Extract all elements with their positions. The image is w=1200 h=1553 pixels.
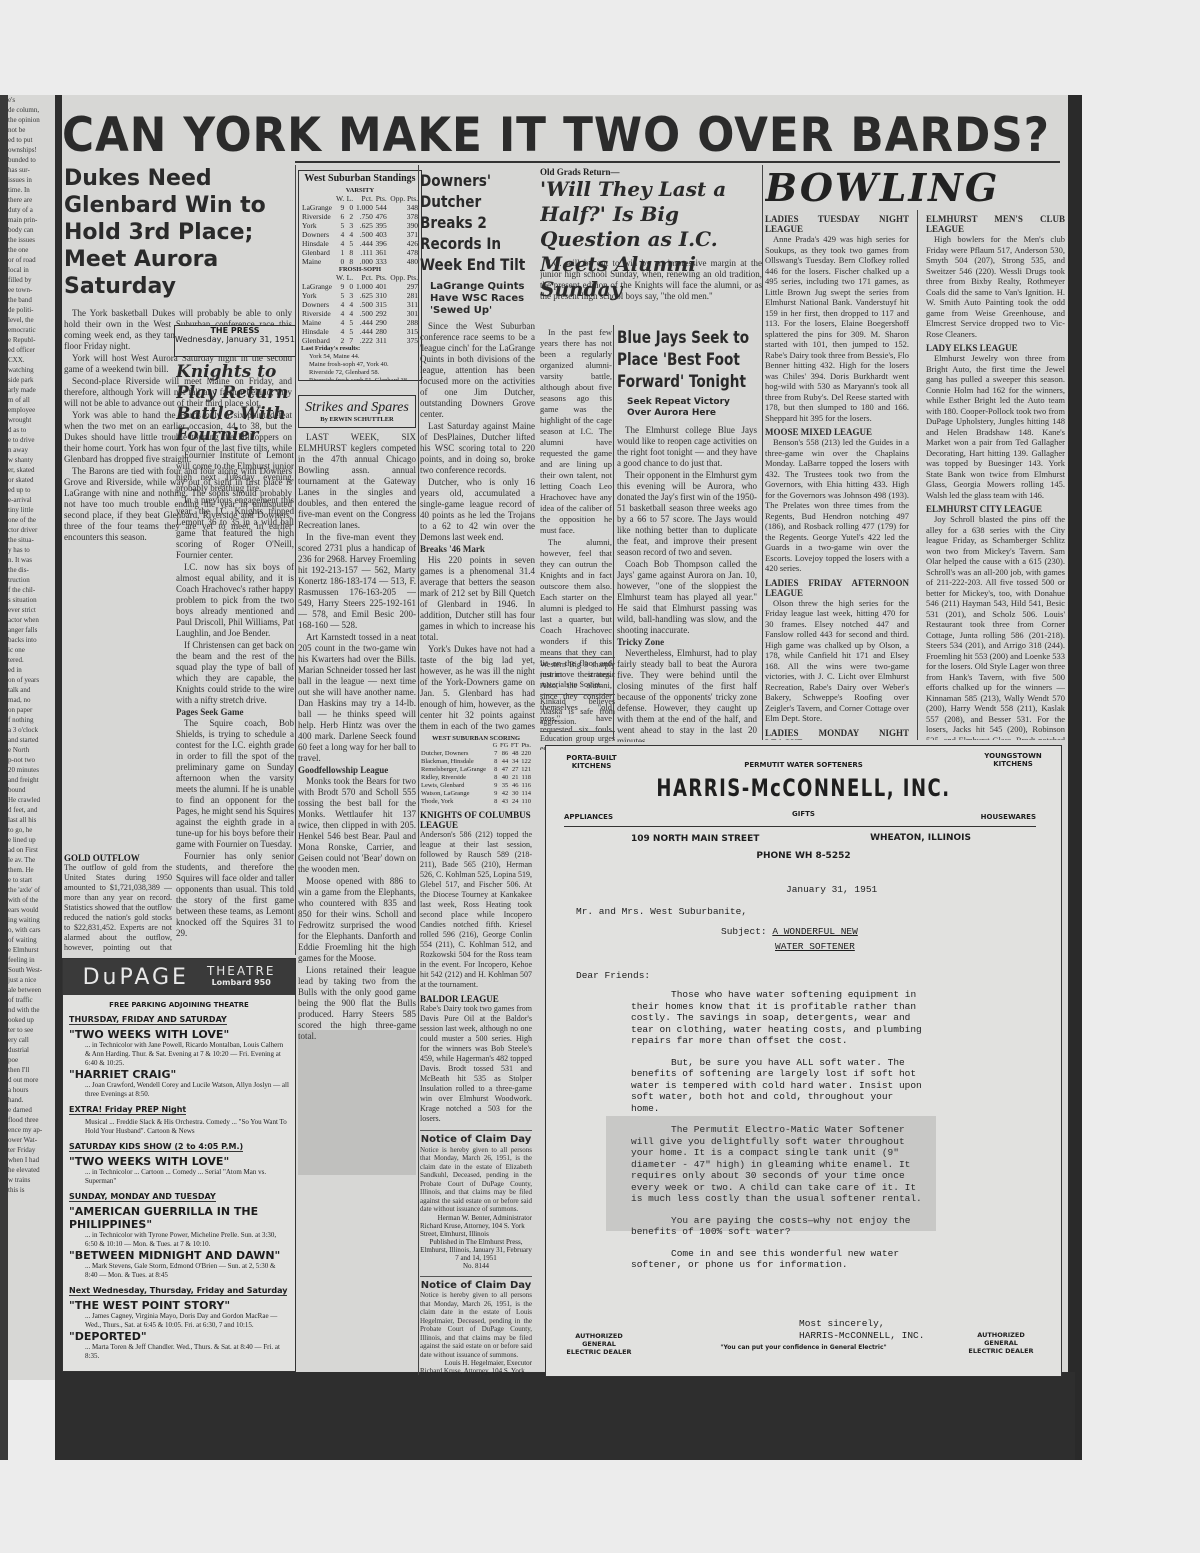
clipped-fragment: this is: [8, 1185, 55, 1195]
player-name: Dutcher, Downers: [420, 750, 491, 758]
stat-cell: 220: [519, 750, 532, 758]
header-cell: Pts.: [374, 194, 388, 203]
header-cell: Pts.: [374, 273, 388, 282]
stat-cell: 333: [374, 257, 388, 266]
clipped-fragment: m of all: [8, 395, 55, 405]
clipped-left-column: e'sde column,the opinionnot beed to puto…: [8, 95, 55, 1380]
team-name: Riverside: [301, 309, 335, 318]
clipped-fragment: ctor driver: [8, 525, 55, 535]
header-cell: [301, 273, 335, 282]
stat-cell: 9: [335, 282, 346, 291]
clipped-fragment: issues in: [8, 175, 55, 185]
results-list: Last Friday's results:York 54, Maine 44.…: [301, 345, 419, 381]
stat-cell: 86: [498, 750, 509, 758]
scoring-row: Lewis, Glenbard93546116: [420, 782, 532, 790]
clipped-fragment: e-arrival: [8, 495, 55, 505]
clipped-fragment: ears would: [8, 905, 55, 915]
stat-cell: .625: [354, 221, 374, 230]
header-cell: Pts.: [519, 742, 532, 750]
letter-paragraph: Those who have water softening equipment…: [631, 989, 926, 1047]
clipped-fragment: ee town-: [8, 285, 55, 295]
clipped-fragment: body can: [8, 225, 55, 235]
stat-cell: 480: [388, 257, 419, 266]
print-smudge: [606, 1116, 936, 1231]
dutcher-paragraph: Dutcher, who is only 16 years old, accum…: [420, 477, 535, 543]
stat-cell: 315: [388, 327, 419, 336]
standings-row: York53.625395390: [301, 221, 419, 230]
stat-cell: 361: [374, 248, 388, 257]
ic-paragraph: In the past few years there has not been…: [540, 327, 612, 536]
dutcher-headline: Downers' Dutcher Breaks 2 Records In Wee…: [420, 170, 535, 275]
clipped-fragment: ed officer: [8, 345, 55, 355]
clipped-fragment: or of road: [8, 255, 55, 265]
stat-cell: 5: [345, 318, 354, 327]
clipped-fragment: n. It was: [8, 555, 55, 565]
stat-cell: 9: [491, 790, 498, 798]
clipped-fragment: CXX.: [8, 355, 55, 365]
ic-kicker: Old Grads Return—: [540, 167, 762, 177]
player-name: Ridley, Riverside: [420, 774, 491, 782]
stat-cell: .500: [354, 300, 374, 309]
stat-cell: 47: [498, 766, 509, 774]
clipped-fragment: watching: [8, 365, 55, 375]
page-gutter: [55, 95, 62, 1395]
schedule-day-heading: EXTRA! Friday PREP Night: [69, 1105, 186, 1115]
clipped-fragment: e darned: [8, 1105, 55, 1115]
clipped-fragment: e Elmhurst: [8, 945, 55, 955]
knights-paragraph: I.C. now has six boys of almost equal ab…: [176, 562, 294, 639]
clipped-fragment: local in: [8, 265, 55, 275]
standings-title: West Suburban Standings: [301, 173, 419, 185]
team-name: Maine: [301, 318, 335, 327]
knights-body: Fournier Institute of Lemont will come t…: [176, 450, 294, 939]
schedule-day-heading: THURSDAY, FRIDAY AND SATURDAY: [69, 1015, 227, 1025]
standings-row: Hinsdale45.444280315: [301, 327, 419, 336]
clipped-fragment: South West-: [8, 965, 55, 975]
scoring-row: Blackman, Hinsdale84434122: [420, 758, 532, 766]
stat-cell: 30: [509, 790, 519, 798]
standings-row: Riverside62.750476378: [301, 212, 419, 221]
stat-cell: 311: [388, 300, 419, 309]
notice-number: No. 8144: [420, 1262, 532, 1270]
clipped-fragment: bound: [8, 785, 55, 795]
ic-story-lede: I.C. will be out to win by an impressive…: [540, 258, 762, 328]
team-name: Downers: [301, 300, 335, 309]
player-name: Lewis, Glenbard: [420, 782, 491, 790]
column-rule: [418, 165, 419, 1375]
film-title: "BETWEEN MIDNIGHT AND DAWN": [69, 1249, 289, 1262]
bowling-league-heading: ELMHURST MEN'S CLUB LEAGUE: [926, 214, 1065, 234]
stat-cell: 44: [498, 758, 509, 766]
standings-row: Glenbard18.111361478: [301, 248, 419, 257]
clipped-fragment: e North: [8, 745, 55, 755]
clipped-fragment: and started: [8, 735, 55, 745]
scan-edge-left: [0, 95, 8, 1460]
clipped-fragment: duty of a: [8, 205, 55, 215]
player-name: Blackman, Hinsdale: [420, 758, 491, 766]
baldor-league-heading: BALDOR LEAGUE: [420, 994, 532, 1004]
clipped-fragment: when I had: [8, 1155, 55, 1165]
stat-cell: 0: [345, 282, 354, 291]
ad-housewares: HOUSEWARES: [981, 813, 1036, 821]
clipped-fragment: ence my ap-: [8, 1125, 55, 1135]
clipped-fragment: ic one: [8, 645, 55, 655]
blue-jays-deck: Seek Repeat Victory Over Aurora Here: [627, 397, 757, 419]
standings-row: Glenbard27.222311375: [301, 336, 419, 345]
stat-cell: 8: [491, 798, 498, 806]
dutcher-paragraph: Since the West Suburban conference race …: [420, 321, 535, 420]
theatre-schedule: THURSDAY, FRIDAY AND SATURDAY"TWO WEEKS …: [63, 1009, 295, 1361]
clipped-fragment: le av. The: [8, 855, 55, 865]
bowling-league-text: Joy Schroll blasted the pins off the all…: [926, 514, 1065, 740]
notice-title: Notice of Claim Day: [420, 1134, 532, 1146]
bowling-league-heading: LADIES FRIDAY AFTERNOON LEAGUE: [765, 578, 909, 598]
stat-cell: 5: [345, 239, 354, 248]
strikes-paragraph: LAST WEEK, SIX ELMHURST keglers competed…: [298, 432, 416, 531]
clipped-fragment: ale between: [8, 985, 55, 995]
harris-mcconnell-ad: PORTA-BUILT KITCHENS PERMUTIT WATER SOFT…: [545, 745, 1062, 1377]
scoring-row: Watson, LaGrange94230114: [420, 790, 532, 798]
result-item: Riverside frosh-soph 51, Glenbard 38.: [301, 377, 419, 381]
clipped-fragment: ter to see: [8, 1025, 55, 1035]
clipped-fragment: ed up to: [8, 485, 55, 495]
stat-cell: .500: [354, 309, 374, 318]
result-item: Maine frosh-soph 47, York 40.: [301, 361, 419, 369]
clipped-fragment: ownships!: [8, 145, 55, 155]
dutcher-paragraph: Last Saturday against Maine of DesPlaine…: [420, 421, 535, 476]
stat-cell: 35: [498, 782, 509, 790]
header-cell: FT: [509, 742, 519, 750]
scoring-row: Ridley, Riverside84021118: [420, 774, 532, 782]
letter-subject-label: Subject:: [721, 926, 767, 937]
stat-cell: 8: [345, 248, 354, 257]
stat-cell: 5: [335, 291, 346, 300]
bowling-column-a: LADIES TUESDAY NIGHT LEAGUEAnne Prada's …: [765, 210, 909, 740]
clipped-fragment: d as to: [8, 425, 55, 435]
clipped-fragment: on paper: [8, 705, 55, 715]
clipped-fragment: n away: [8, 445, 55, 455]
clipped-fragment: the one: [8, 245, 55, 255]
stat-cell: 3: [345, 291, 354, 300]
team-name: York: [301, 221, 335, 230]
scoring-row: Dutcher, Downers78648220: [420, 750, 532, 758]
stat-cell: 43: [498, 798, 509, 806]
clipped-fragment: just a nice: [8, 975, 55, 985]
clipped-fragment: the issues: [8, 235, 55, 245]
clipped-fragment: ower Wat-: [8, 1135, 55, 1145]
strikes-spares-body: LAST WEEK, SIX ELMHURST keglers competed…: [298, 432, 416, 1042]
clipped-fragment: anger falls: [8, 625, 55, 635]
clipped-fragment: a hours: [8, 1085, 55, 1095]
stat-cell: 396: [374, 239, 388, 248]
letter-paragraph: But, be sure you have ALL soft water. Th…: [631, 1057, 926, 1115]
stat-cell: 7: [491, 750, 498, 758]
bowling-column: BOWLING LADIES TUESDAY NIGHT LEAGUEAnne …: [765, 165, 1065, 740]
knights-paragraph: If Christensen can get back on the beam …: [176, 640, 294, 706]
clipped-fragment: d feet, and: [8, 805, 55, 815]
stat-cell: 0: [345, 203, 354, 212]
stat-cell: 110: [519, 798, 532, 806]
clipped-fragment: to go, he: [8, 825, 55, 835]
stat-cell: 8: [491, 766, 498, 774]
clipped-fragment: er, skated: [8, 465, 55, 475]
team-name: LaGrange: [301, 203, 335, 212]
blue-jays-body: The Elmhurst college Blue Jays would lik…: [617, 425, 757, 742]
strikes-paragraph: Monks took the Bears for two with Brodt …: [298, 776, 416, 875]
clipped-fragment: w shanty: [8, 455, 55, 465]
ad-city: WHEATON, ILLINOIS: [870, 833, 971, 843]
clipped-fragment: level, the: [8, 315, 55, 325]
clipped-fragment: bunded to: [8, 155, 55, 165]
header-cell: L.: [345, 194, 354, 203]
stat-cell: 401: [374, 282, 388, 291]
stat-cell: 4: [345, 230, 354, 239]
strikes-spares-title: Strikes and Spares: [301, 400, 413, 416]
letter-subject: Subject: A WONDERFUL NEW: [721, 926, 858, 937]
bowling-league-heading: LADIES TUESDAY NIGHT LEAGUE: [765, 214, 909, 234]
clipped-fragment: the opinion: [8, 115, 55, 125]
letter-paragraph: Come in and see this wonderful new water…: [631, 1248, 926, 1271]
gold-outflow-text: The outflow of gold from the United Stat…: [64, 863, 172, 953]
stat-cell: .750: [354, 212, 374, 221]
kofc-league-heading: KNIGHTS OF COLUMBUS LEAGUE: [420, 810, 532, 830]
knights-story: Knights to Play Return Battle With Fourn…: [176, 362, 294, 957]
ic-paragraph: I.C. will be out to win by an impressive…: [540, 258, 762, 302]
bowling-column-b: ELMHURST MEN'S CLUB LEAGUEHigh bowlers f…: [926, 210, 1065, 740]
bowling-league-heading: LADY ELKS LEAGUE: [926, 343, 1065, 353]
stat-cell: 48: [509, 750, 519, 758]
clipped-fragment: hand.: [8, 1095, 55, 1105]
scoring-row: Remelsberger, LaGrange84727121: [420, 766, 532, 774]
ad-youngstown: YOUNGSTOWN KITCHENS: [983, 752, 1043, 768]
film-title: "AMERICAN GUERRILLA IN THE PHILIPPINES": [69, 1205, 289, 1231]
clipped-fragment: has sur-: [8, 165, 55, 175]
stat-cell: 118: [519, 774, 532, 782]
stat-cell: 114: [519, 790, 532, 798]
ad-address: 109 NORTH MAIN STREET: [631, 834, 759, 844]
team-name: Maine: [301, 257, 335, 266]
stat-cell: 315: [374, 300, 388, 309]
film-detail: Musical ... Freddie Slack & His Orchestr…: [69, 1118, 289, 1136]
strikes-subhead: Goodfellowship League: [298, 765, 416, 776]
clipped-fragment: actor when: [8, 615, 55, 625]
standings-row: LaGrange901.000401297: [301, 282, 419, 291]
theatre-header: DuPAGE THEATRE Lombard 950: [63, 959, 295, 995]
dutcher-paragraph: His 220 points in seven games is a pheno…: [420, 555, 535, 643]
team-name: York: [301, 291, 335, 300]
stat-cell: 0: [335, 257, 346, 266]
stat-cell: 292: [374, 309, 388, 318]
stat-cell: 478: [388, 248, 419, 257]
blue-jays-paragraph: Coach Bob Thompson called the Jays' game…: [617, 559, 757, 636]
stat-cell: 5: [345, 327, 354, 336]
news-briefs: Western Big 3 sharply restrict strategic…: [540, 655, 615, 750]
dutcher-subhead: Breaks '46 Mark: [420, 544, 535, 555]
stat-cell: 121: [519, 766, 532, 774]
clipped-fragment: p-not two: [8, 755, 55, 765]
clipped-fragment: nd with the: [8, 1005, 55, 1015]
legal-notice: Notice of Claim DayNotice is hereby give…: [420, 1276, 532, 1376]
film-detail: ... Marta Toren & Jeff Chandler. Wed., T…: [69, 1343, 289, 1361]
theatre-phone: Lombard 950: [207, 977, 275, 989]
stat-cell: .000: [354, 257, 374, 266]
clipped-fragment: He crawled: [8, 795, 55, 805]
scoring-and-leagues-column: WEST SUBURBAN SCORING GFGFTPts.Dutcher, …: [420, 735, 532, 1375]
letter-closing: Most sincerely,: [799, 1318, 924, 1330]
strikes-paragraph: In the five-man event they scored 2731 p…: [298, 532, 416, 631]
stat-cell: 390: [388, 221, 419, 230]
stat-cell: 301: [388, 309, 419, 318]
stat-cell: 281: [388, 291, 419, 300]
stat-cell: 46: [509, 782, 519, 790]
clipped-fragment: them. He: [8, 865, 55, 875]
stat-cell: 4: [335, 318, 346, 327]
letter-subject-line2: WATER SOFTENER: [775, 941, 855, 952]
header-cell: Opp. Pts.: [388, 194, 419, 203]
clipped-fragment: wrought: [8, 415, 55, 425]
scan-bottom-shadow: [55, 1372, 1075, 1460]
standings-row: Riverside44.500292301: [301, 309, 419, 318]
notice-attorney: Richard Kruse, Attorney, 104 S. York Str…: [420, 1222, 532, 1238]
newspaper-page-scan: e'sde column,the opinionnot beed to puto…: [0, 0, 1200, 1553]
print-smudge: [298, 1030, 416, 1175]
film-detail: ... Mark Stevens, Gale Storm, Edmond O'B…: [69, 1262, 289, 1280]
clipped-fragment: backs into: [8, 635, 55, 645]
stat-cell: 476: [374, 212, 388, 221]
stat-cell: 1.000: [354, 203, 374, 212]
stat-cell: 6: [335, 212, 346, 221]
standings-row: Downers44.500315311: [301, 300, 419, 309]
clipped-fragment: 20 minutes: [8, 765, 55, 775]
player-name: Remelsberger, LaGrange: [420, 766, 491, 774]
gold-outflow-brief: GOLD OUTFLOW The outflow of gold from th…: [64, 853, 172, 953]
dutcher-deck: LaGrange Quints Have WSC Races 'Sewed Up…: [430, 281, 535, 317]
frosh-label: FROSH-SOPH: [301, 266, 419, 273]
schedule-day-heading: Next Wednesday, Thursday, Friday and Sat…: [69, 1286, 287, 1296]
clipped-fragment: truction: [8, 575, 55, 585]
blue-jays-paragraph: The Elmhurst college Blue Jays would lik…: [617, 425, 757, 469]
clipped-fragment: main prin-: [8, 215, 55, 225]
ic-lede-text: I.C. will be out to win by an impressive…: [540, 258, 762, 302]
stat-cell: 371: [388, 230, 419, 239]
stat-cell: 34: [509, 758, 519, 766]
player-name: Watson, LaGrange: [420, 790, 491, 798]
stat-cell: 21: [509, 774, 519, 782]
stat-cell: 1.000: [354, 282, 374, 291]
clipped-fragment: d out more: [8, 1075, 55, 1085]
header-cell: W.: [335, 194, 346, 203]
clipped-fragment: a 3 o'clock: [8, 725, 55, 735]
theatre-label: THEATRE: [207, 965, 275, 977]
film-title: "HARRIET CRAIG": [69, 1068, 289, 1081]
clipped-fragment: f the chil-: [8, 585, 55, 595]
stat-cell: 4: [345, 300, 354, 309]
team-name: LaGrange: [301, 282, 335, 291]
letter-signature: HARRIS-McCONNELL, INC.: [799, 1330, 924, 1342]
notice-signer: Louis H. Hegelmaier, Executor: [420, 1359, 532, 1367]
column-rule: [762, 165, 763, 740]
stat-cell: 8: [491, 758, 498, 766]
header-cell: Pct.: [354, 273, 374, 282]
team-name: Glenbard: [301, 248, 335, 257]
ad-ge-dealer-right: AUTHORIZED GENERAL ELECTRIC DEALER: [966, 1331, 1036, 1355]
clipped-fragment: the band: [8, 295, 55, 305]
knights-paragraph: The Squire coach, Bob Shields, is trying…: [176, 718, 294, 850]
clipped-fragment: e lined up: [8, 835, 55, 845]
stat-cell: .444: [354, 239, 374, 248]
gold-outflow-heading: GOLD OUTFLOW: [64, 853, 172, 863]
top-rule: [295, 161, 1060, 163]
clipped-fragment: not be: [8, 125, 55, 135]
notice-signer: Herman W. Benter, Administrator: [420, 1214, 532, 1222]
team-name: Downers: [301, 230, 335, 239]
stat-cell: 426: [388, 239, 419, 248]
stat-cell: 9: [335, 203, 346, 212]
team-name: Riverside: [301, 212, 335, 221]
letter-subject-line1: A WONDERFUL NEW: [772, 926, 858, 937]
stat-cell: 288: [388, 318, 419, 327]
notice-title: Notice of Claim Day: [420, 1280, 532, 1292]
theatre-name: DuPAGE: [83, 965, 189, 990]
bowling-league-text: High bowlers for the Men's club Friday w…: [926, 234, 1065, 339]
film-title: "DEPORTED": [69, 1330, 289, 1343]
stat-cell: 395: [374, 221, 388, 230]
dutcher-body: Since the West Suburban conference race …: [420, 321, 535, 730]
standings-row: LaGrange901.000544348: [301, 203, 419, 212]
clipped-fragment: with of the: [8, 895, 55, 905]
team-name: Hinsdale: [301, 327, 335, 336]
strikes-paragraph: Art Karnstedt tossed in a neat 205 count…: [298, 632, 416, 764]
notice-text: Notice is hereby given to all persons th…: [420, 1146, 532, 1214]
clipped-fragment: arly made: [8, 385, 55, 395]
schedule-day-heading: SATURDAY KIDS SHOW (2 to 4:05 P.M.): [69, 1142, 243, 1152]
header-cell: FG: [498, 742, 509, 750]
clipped-fragment: de politi-: [8, 305, 55, 315]
stat-cell: 4: [335, 300, 346, 309]
scan-edge-right: [1068, 95, 1082, 1460]
clipped-fragment: employee: [8, 405, 55, 415]
header-cell: Opp. Pts.: [388, 273, 419, 282]
stat-cell: 290: [374, 318, 388, 327]
clipped-fragment: poe: [8, 1055, 55, 1065]
stat-cell: 378: [388, 212, 419, 221]
wsc-scoring-title: WEST SUBURBAN SCORING: [420, 735, 532, 742]
stat-cell: 8: [345, 257, 354, 266]
stat-cell: 4: [335, 230, 346, 239]
clipped-fragment: ooked up: [8, 1015, 55, 1025]
ad-divider: [564, 826, 1036, 827]
clipped-fragment: feeling in: [8, 955, 55, 965]
clipped-fragment: ter Friday: [8, 1145, 55, 1155]
stat-cell: 280: [374, 327, 388, 336]
stat-cell: 24: [509, 798, 519, 806]
clipped-fragment: on of years: [8, 675, 55, 685]
film-title: "TWO WEEKS WITH LOVE": [69, 1028, 289, 1041]
news-brief: Western Big 3 sharply restrict strategic…: [540, 657, 615, 692]
bowling-league-text: Benson's 558 (213) led the Guides in a t…: [765, 437, 909, 574]
stat-cell: 1: [335, 248, 346, 257]
clipped-fragment: w trains: [8, 1175, 55, 1185]
stat-cell: .111: [354, 248, 374, 257]
lead-story-headline: Dukes Need Glenbard Win to Hold 3rd Plac…: [64, 165, 292, 300]
strikes-spares-byline: By ERWIN SCHUTTLER: [301, 416, 413, 423]
stat-cell: 7: [345, 336, 354, 345]
stat-cell: 4: [335, 327, 346, 336]
strikes-and-spares-column: Strikes and Spares By ERWIN SCHUTTLER LA…: [298, 395, 416, 1370]
film-detail: ... Joan Crawford, Wendell Corey and Luc…: [69, 1081, 289, 1099]
stat-cell: 310: [374, 291, 388, 300]
film-title: "THE WEST POINT STORY": [69, 1299, 289, 1312]
